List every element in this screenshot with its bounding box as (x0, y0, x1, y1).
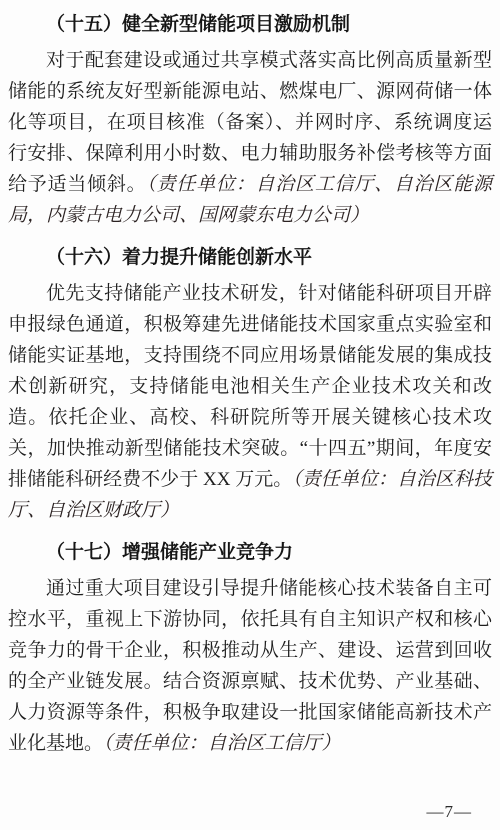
section-17-body: 通过重大项目建设引导提升储能核心技术装备自主可控水平，重视上下游协同，依托具有自… (8, 578, 492, 754)
page-number: —7— (427, 802, 473, 822)
section-17-paragraph: 通过重大项目建设引导提升储能核心技术装备自主可控水平，重视上下游协同，依托具有自… (8, 573, 492, 759)
section-16-body: 优先支持储能产业技术研发，针对储能科研项目开辟申报绿色通道，积极筹建先进储能技术… (8, 283, 492, 490)
section-17-heading: （十七）增强储能产业竞争力 (8, 538, 492, 568)
section-15: （十五）健全新型储能项目激励机制 对于配套建设或通过共享模式落实高比例高质量新型… (8, 10, 492, 231)
section-15-paragraph: 对于配套建设或通过共享模式落实高比例高质量新型储能的系统友好型新能源电站、燃煤电… (8, 45, 492, 231)
section-16-heading: （十六）着力提升储能创新水平 (8, 243, 492, 273)
section-17: （十七）增强储能产业竞争力 通过重大项目建设引导提升储能核心技术装备自主可控水平… (8, 538, 492, 759)
document-page: （十五）健全新型储能项目激励机制 对于配套建设或通过共享模式落实高比例高质量新型… (0, 0, 500, 830)
section-16: （十六）着力提升储能创新水平 优先支持储能产业技术研发，针对储能科研项目开辟申报… (8, 243, 492, 526)
section-15-heading: （十五）健全新型储能项目激励机制 (8, 10, 492, 40)
section-17-duty-clause: （责任单位：自治区工信厅） (103, 733, 341, 754)
section-16-paragraph: 优先支持储能产业技术研发，针对储能科研项目开辟申报绿色通道，积极筹建先进储能技术… (8, 278, 492, 526)
